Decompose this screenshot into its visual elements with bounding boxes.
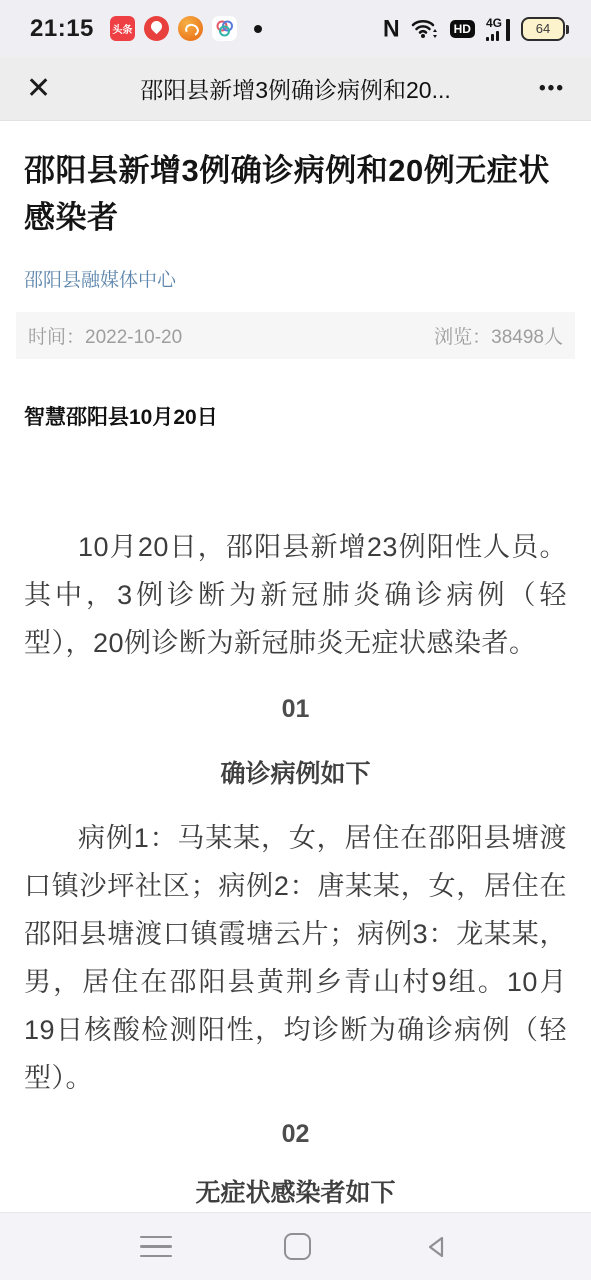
battery-icon: 64 <box>521 17 565 41</box>
close-icon[interactable]: ✕ <box>26 74 51 104</box>
paragraph-summary: 10月20日，邵阳县新增23例阳性人员。其中，3例诊断为新冠肺炎确诊病例（轻型）… <box>24 523 567 667</box>
more-menu-icon[interactable]: ••• <box>539 78 565 100</box>
article-content: 邵阳县新增3例确诊病例和20例无症状感染者 邵阳县融媒体中心 时间：2022-1… <box>0 147 591 1209</box>
wifi-icon <box>411 17 439 41</box>
toutiao-app-icon: 头条 <box>110 16 135 41</box>
map-pin-app-icon <box>144 16 169 41</box>
status-indicators: N HD 4G 64 <box>383 15 565 42</box>
page-title: 邵阳县新增3例确诊病例和20... <box>140 72 451 105</box>
section-number-1: 01 <box>24 695 567 724</box>
section-title-1: 确诊病例如下 <box>24 754 567 790</box>
status-bar: 21:15 头条 N <box>0 0 591 57</box>
view-count: 浏览：38498人 <box>434 322 563 349</box>
cell-signal-icon: 4G <box>486 17 510 41</box>
recent-apps-icon[interactable] <box>140 1236 172 1258</box>
section-number-2: 02 <box>24 1120 567 1149</box>
nfc-icon: N <box>383 14 400 42</box>
system-nav-bar <box>0 1212 591 1280</box>
meta-row: 时间：2022-10-20 浏览：38498人 <box>16 312 575 359</box>
home-icon[interactable] <box>284 1233 311 1260</box>
paragraph-confirmed-cases: 病例1：马某某，女，居住在邵阳县塘渡口镇沙坪社区；病例2：唐某某，女，居住在邵阳… <box>24 814 567 1102</box>
title-bar: ✕ 邵阳县新增3例确诊病例和20... ••• <box>0 57 591 121</box>
section-title-2: 无症状感染者如下 <box>24 1173 567 1209</box>
article-title: 邵阳县新增3例确诊病例和20例无症状感染者 <box>24 147 567 241</box>
source-link[interactable]: 邵阳县融媒体中心 <box>24 265 176 292</box>
notification-icons: 头条 <box>110 16 262 41</box>
lead-line: 智慧邵阳县10月20日 <box>24 401 567 431</box>
publish-time: 时间：2022-10-20 <box>28 322 182 349</box>
hd-voice-icon: HD <box>450 20 475 38</box>
notification-dot-icon <box>254 25 262 33</box>
clock: 21:15 <box>30 15 94 43</box>
phone-screen: 21:15 头条 N <box>0 0 591 1280</box>
back-icon[interactable] <box>423 1233 451 1261</box>
network-type-label: 4G <box>486 17 502 29</box>
tri-circle-app-icon <box>212 16 237 41</box>
orange-app-icon <box>178 16 203 41</box>
